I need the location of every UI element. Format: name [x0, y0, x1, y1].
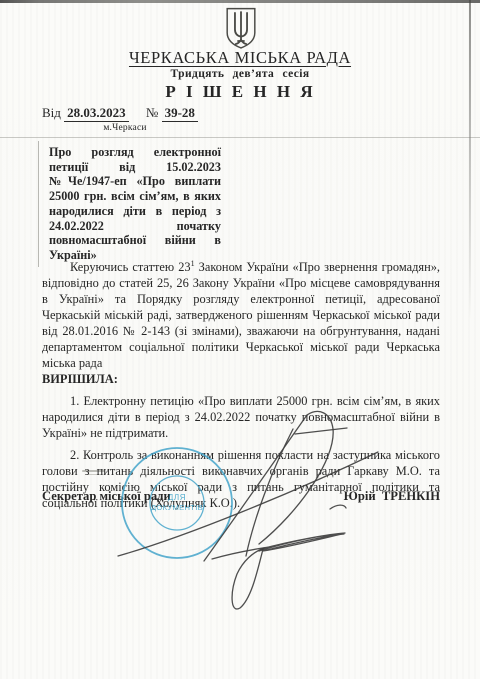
trident-emblem-icon: [222, 6, 260, 51]
scan-edge-top: [0, 0, 480, 3]
intro-text-2: Законом України «Про звернення громадян»…: [42, 260, 440, 370]
org-name: ЧЕРКАСЬКА МІСЬКА РАДА: [0, 48, 480, 68]
signature-row: Секретар міської ради Юрій ТРЕНКІН: [42, 489, 440, 504]
decision-item-1: 1. Електронну петицію «Про виплати 25000…: [42, 393, 440, 441]
doc-date: 28.03.2023: [64, 105, 129, 122]
document-page: ЧЕРКАСЬКА МІСЬКА РАДА Тридцять дев’ята с…: [0, 0, 480, 679]
session-title: Тридцять дев’ята сесія: [0, 68, 480, 80]
signer-name: Юрій ТРЕНКІН: [344, 489, 440, 504]
date-label: Від: [42, 105, 61, 120]
document-body: Керуючись статтею 231 Законом України «П…: [42, 259, 440, 511]
stamp-center-line1: ДЛЯ: [168, 493, 186, 502]
intro-text-1: Керуючись статтею 23: [70, 260, 191, 274]
city-label: м.Черкаси: [70, 123, 180, 133]
official-round-stamp: ЧЕРКАСЬКА МІСЬКА РАДА ЧЕРКАСЬКОЇ ОБЛАСТІ…: [118, 444, 236, 562]
document-type-title: Р І Ш Е Н Н Я: [0, 82, 480, 102]
number-label: №: [146, 105, 158, 120]
doc-meta-line: Від 28.03.2023 № 39-28: [42, 105, 198, 121]
subject-block: Про розгляд електронної петиції від 15.0…: [38, 141, 221, 267]
faint-rule: [0, 137, 480, 138]
doc-number: 39-28: [162, 105, 198, 122]
resolved-label: ВИРІШИЛА:: [42, 371, 440, 387]
stamp-center-line2: ДОКУМЕНТІВ: [151, 503, 203, 512]
intro-paragraph: Керуючись статтею 231 Законом України «П…: [42, 259, 440, 371]
